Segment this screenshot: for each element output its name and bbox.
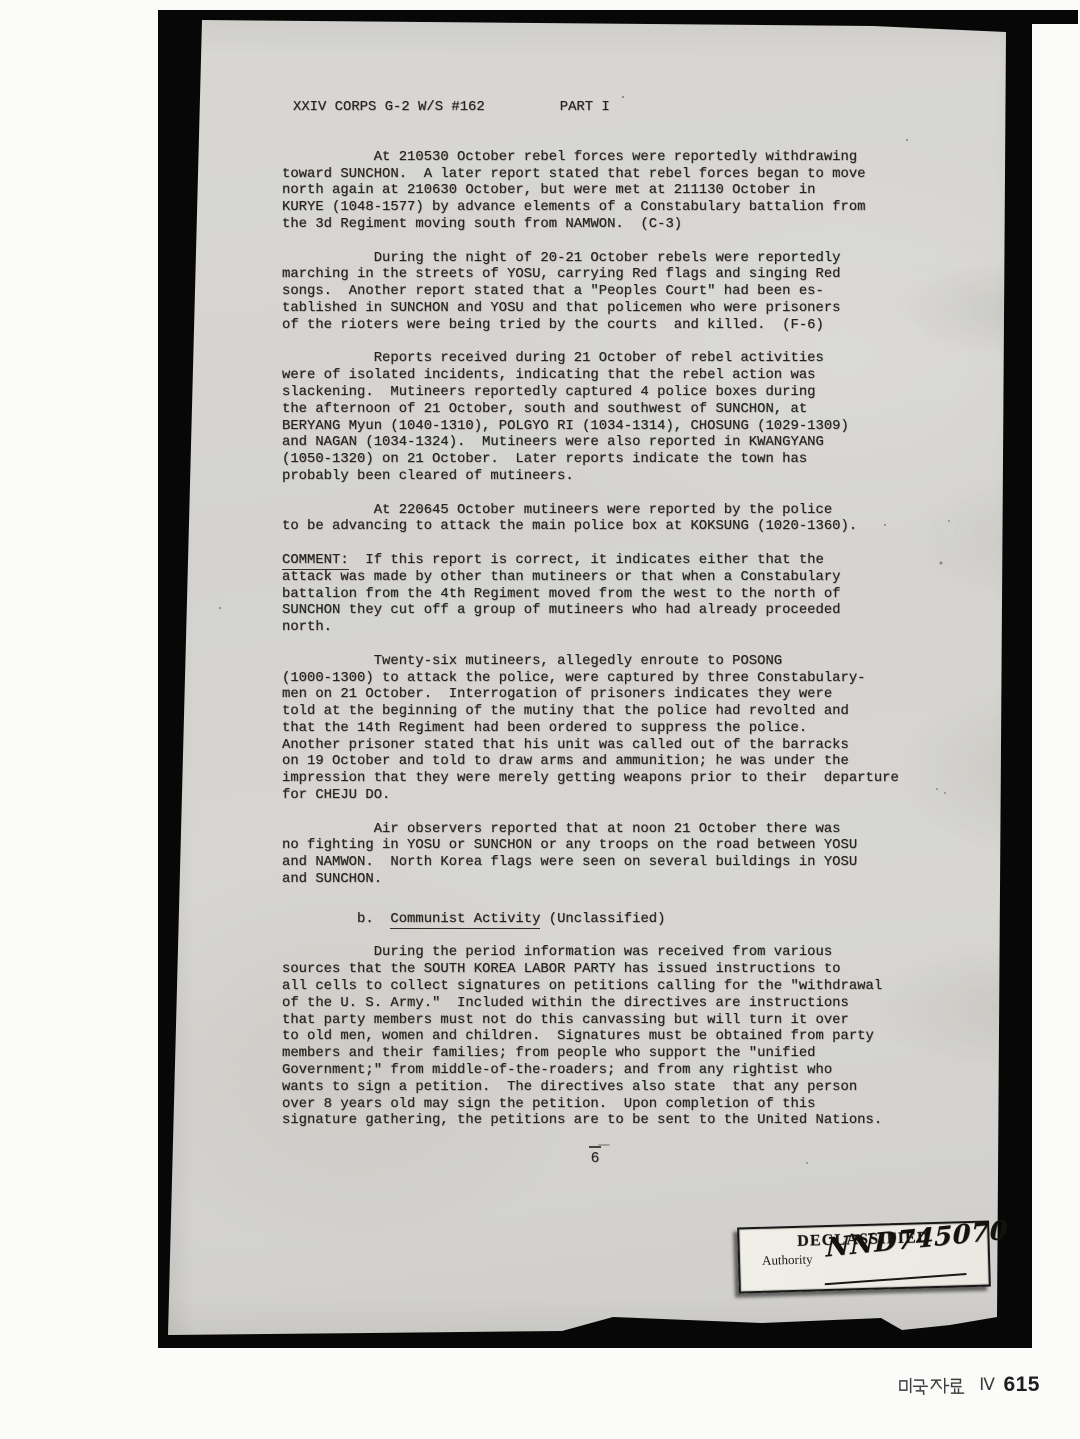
heading-title: Communist Activity	[390, 911, 540, 929]
comment-text: If this report is correct, it indicates …	[282, 552, 841, 635]
comment-label: COMMENT:	[282, 552, 349, 570]
document-header: XXIV CORPS G-2 W/S #162 PART I	[282, 99, 899, 116]
section-heading-communist-activity: b. Communist Activity (Unclassified)	[282, 911, 899, 928]
paragraph-koksung-attack: At 220645 October mutineers were reporte…	[282, 502, 899, 536]
korean-label-drawing	[898, 1376, 970, 1395]
scan-specks	[0, 0, 2, 2]
volume-numeral: Ⅳ	[979, 1375, 994, 1395]
catalog-caption: 미국자료 Ⅳ 615	[860, 1373, 1040, 1397]
page-number-dash	[589, 1146, 601, 1148]
paragraph-air-observers: Air observers reported that at noon 21 O…	[282, 821, 899, 888]
typed-text-column: XXIV CORPS G-2 W/S #162 PART I At 210530…	[282, 99, 899, 1146]
paragraph-labor-party-petitions: During the period information was receiv…	[282, 944, 899, 1129]
declassified-stamp: DECLASSIFIED Authority NND745070	[737, 1220, 991, 1293]
paragraph-yosu-marching: During the night of 20-21 October rebels…	[282, 250, 899, 334]
page-number: 6	[578, 1151, 612, 1167]
page-number-block: 6	[578, 1146, 612, 1167]
paragraph-isolated-incidents: Reports received during 21 October of re…	[282, 350, 899, 484]
paragraph-comment: COMMENT: If this report is correct, it i…	[282, 552, 899, 636]
paragraph-posong-prisoners: Twenty-six mutineers, allegedly enroute …	[282, 653, 899, 804]
stamp-authority-underline	[825, 1273, 967, 1285]
catalog-page-number: 615	[1003, 1373, 1040, 1397]
heading-prefix: b.	[282, 911, 390, 927]
scanner-black-mat-edge	[1032, 10, 1078, 24]
paragraph-rebel-withdrawal: At 210530 October rebel forces were repo…	[282, 149, 899, 233]
heading-suffix: (Unclassified)	[540, 911, 665, 927]
